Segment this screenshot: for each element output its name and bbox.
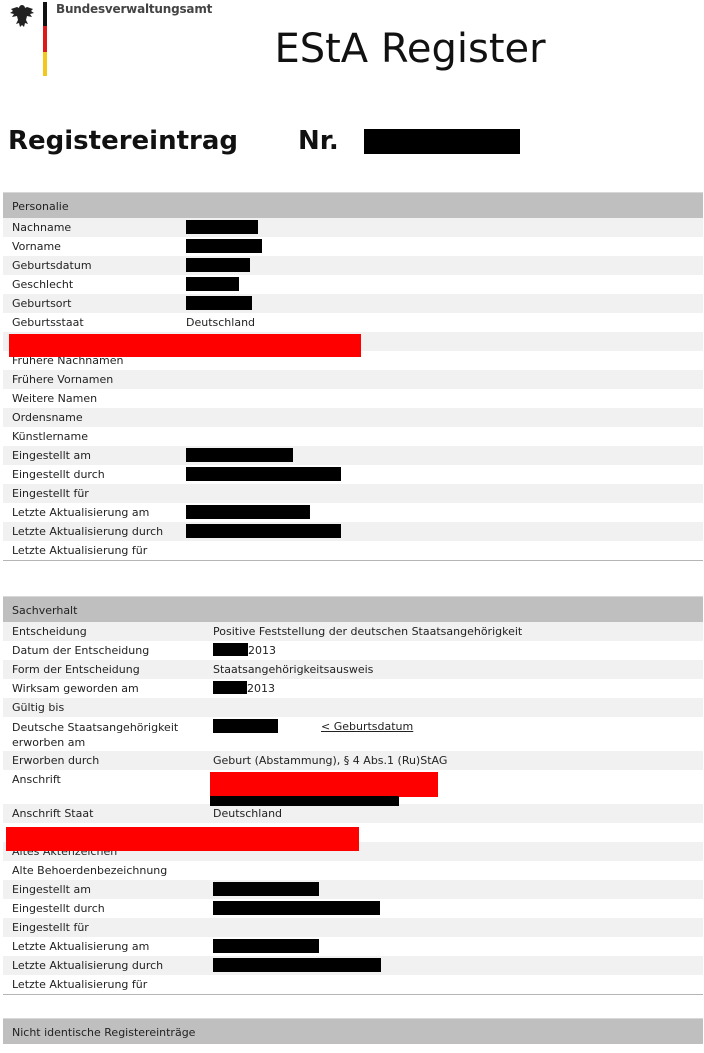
table-row: Vorname (3, 237, 703, 256)
row-value (186, 239, 262, 253)
row-value (186, 524, 341, 538)
row-label: Geburtsdatum (12, 256, 92, 275)
row-value (186, 505, 310, 519)
table-row: Eingestellt durch (3, 899, 703, 918)
row-value (186, 220, 258, 234)
record-number-redaction (364, 129, 520, 154)
row-value (186, 296, 252, 310)
row-value: Geburt (Abstammung), § 4 Abs.1 (Ru)StAG (213, 751, 447, 770)
table-row: Letzte Aktualisierung für (3, 975, 703, 994)
row-label: Frühere Vornamen (12, 370, 113, 389)
row-value (186, 258, 250, 272)
row-label: Letzte Aktualisierung durch (12, 956, 163, 975)
table-row: Wirksam geworden am2013 (3, 679, 703, 698)
personalie-rows: NachnameVornameGeburtsdatumGeschlechtGeb… (3, 218, 703, 561)
row-value (213, 958, 381, 972)
row-label: Vorname (12, 237, 61, 256)
table-row: Geschlecht (3, 275, 703, 294)
row-label: Letzte Aktualisierung am (12, 937, 149, 956)
row-value: 2013 (213, 641, 276, 660)
row-value (213, 882, 319, 896)
personalie-header: Personalie (3, 192, 703, 218)
row-label: Eingestellt am (12, 446, 91, 465)
row-label: Letzte Aktualisierung für (12, 975, 147, 994)
row-label: Deutsche Staatsangehörigkeit erworben am (12, 720, 182, 750)
row-value: Positive Feststellung der deutschen Staa… (213, 622, 522, 641)
nicht-identisch-section: Nicht identische Registereinträge (3, 1018, 703, 1044)
row-value (213, 719, 278, 733)
table-row: Eingestellt für (3, 918, 703, 937)
table-row: EntscheidungPositive Feststellung der de… (3, 622, 703, 641)
row-label: Entscheidung (12, 622, 87, 641)
table-row: Geburtsort (3, 294, 703, 313)
row-label: Ordensname (12, 408, 83, 427)
row-label: Eingestellt durch (12, 899, 105, 918)
table-row: Eingestellt am (3, 446, 703, 465)
personalie-section: Personalie NachnameVornameGeburtsdatumGe… (3, 192, 703, 561)
table-row: Erworben durchGeburt (Abstammung), § 4 A… (3, 751, 703, 770)
table-row: Datum der Entscheidung2013 (3, 641, 703, 660)
table-row: Letzte Aktualisierung am (3, 937, 703, 956)
red-redaction-label (9, 334, 361, 357)
row-value: Deutschland (186, 313, 255, 332)
table-row: Ordensname (3, 408, 703, 427)
year-text: 2013 (247, 682, 275, 695)
record-title: Registereintrag (8, 126, 238, 156)
row-label: Form der Entscheidung (12, 660, 140, 679)
table-row: Weitere Namen (3, 389, 703, 408)
row-label: Geschlecht (12, 275, 73, 294)
birthdate-link[interactable]: < Geburtsdatum (321, 717, 413, 736)
table-row: Frühere Vornamen (3, 370, 703, 389)
row-value (213, 939, 319, 953)
row-label: Eingestellt für (12, 484, 89, 503)
row-label: Eingestellt durch (12, 465, 105, 484)
row-label: Alte Behoerdenbezeichnung (12, 861, 167, 880)
table-row: Letzte Aktualisierung für (3, 541, 703, 560)
date-redaction (213, 681, 247, 694)
date-redaction (213, 643, 248, 656)
table-row: Nachname (3, 218, 703, 237)
row-label: Eingestellt für (12, 918, 89, 937)
row-label: Erworben durch (12, 751, 99, 770)
row-value (186, 277, 239, 291)
app-title: EStA Register (0, 26, 704, 72)
row-value (186, 467, 341, 481)
table-row: Eingestellt am (3, 880, 703, 899)
record-number-label: Nr. (298, 126, 339, 156)
row-label: Künstlername (12, 427, 88, 446)
row-label: Letzte Aktualisierung durch (12, 522, 163, 541)
nicht-identisch-header: Nicht identische Registereinträge (3, 1018, 703, 1044)
red-redaction-label (6, 827, 359, 851)
row-label: Datum der Entscheidung (12, 641, 149, 660)
table-row: Gültig bis (3, 698, 703, 717)
red-redaction-address (210, 772, 438, 797)
year-text: 2013 (248, 644, 276, 657)
row-label: Letzte Aktualisierung am (12, 503, 149, 522)
table-row: Letzte Aktualisierung durch (3, 956, 703, 975)
row-value: Deutschland (213, 804, 282, 823)
row-label: Wirksam geworden am (12, 679, 139, 698)
row-value (186, 448, 293, 462)
table-row: Geburtsdatum (3, 256, 703, 275)
row-label: Geburtsstaat (12, 313, 84, 332)
table-row: Künstlername (3, 427, 703, 446)
row-label: Letzte Aktualisierung für (12, 541, 147, 560)
agency-name: Bundesverwaltungsamt (56, 2, 212, 16)
row-value (213, 901, 380, 915)
row-value: Staatsangehörigkeitsausweis (213, 660, 373, 679)
row-value: 2013 (213, 679, 275, 698)
table-row: Deutsche Staatsangehörigkeit erworben am… (3, 717, 703, 751)
row-label: Anschrift Staat (12, 804, 93, 823)
row-label: Weitere Namen (12, 389, 97, 408)
table-row: Letzte Aktualisierung am (3, 503, 703, 522)
table-row: Letzte Aktualisierung durch (3, 522, 703, 541)
row-label: Nachname (12, 218, 71, 237)
table-row: Form der EntscheidungStaatsangehörigkeit… (3, 660, 703, 679)
sachverhalt-rows: EntscheidungPositive Feststellung der de… (3, 622, 703, 995)
row-label: Gültig bis (12, 698, 64, 717)
table-row: GeburtsstaatDeutschland (3, 313, 703, 332)
table-row: Anschrift StaatDeutschland (3, 804, 703, 823)
table-row: Eingestellt durch (3, 465, 703, 484)
row-label: Anschrift (12, 770, 61, 789)
table-row: Alte Behoerdenbezeichnung (3, 861, 703, 880)
sachverhalt-header: Sachverhalt (3, 596, 703, 622)
row-label: Eingestellt am (12, 880, 91, 899)
address-redaction (210, 796, 399, 806)
row-label: Geburtsort (12, 294, 71, 313)
table-row: Eingestellt für (3, 484, 703, 503)
